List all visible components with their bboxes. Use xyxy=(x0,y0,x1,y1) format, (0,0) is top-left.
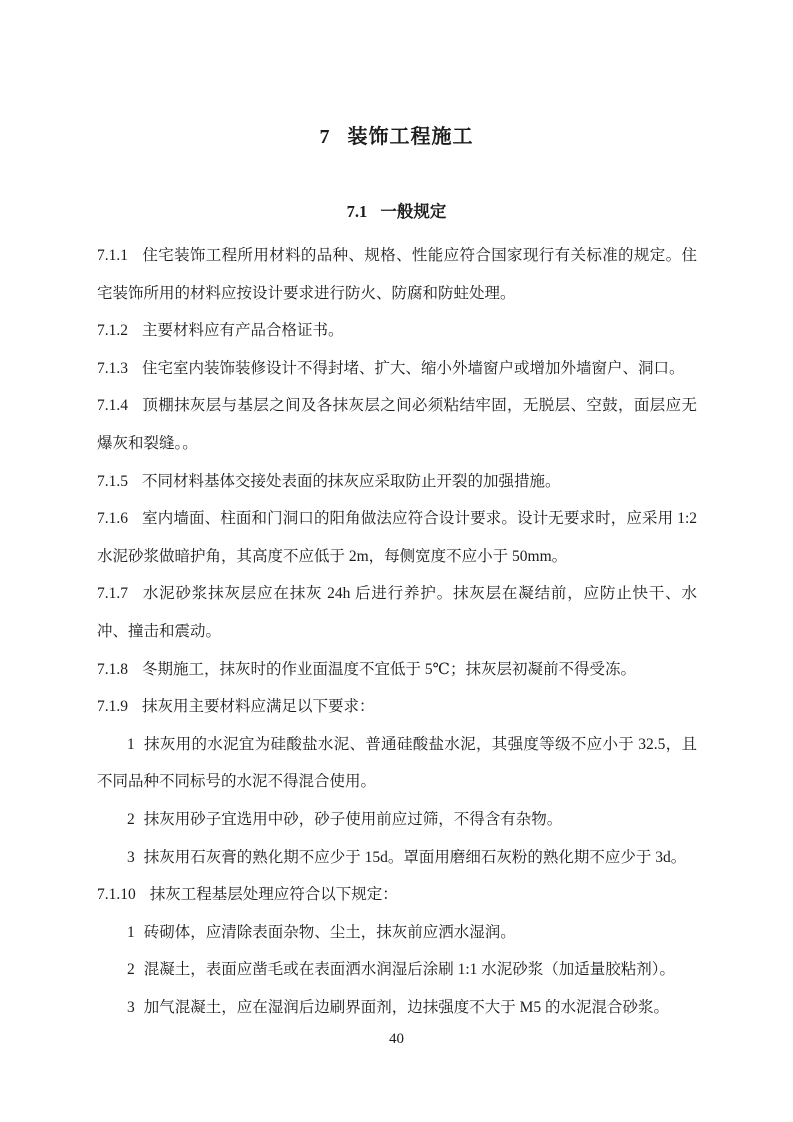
document-body: 7.1.1住宅装饰工程所用材料的品种、规格、性能应符合国家现行有关标准的规定。住… xyxy=(97,237,697,1026)
clause-text: 住宅室内装饰装修设计不得封堵、扩大、缩小外墙窗户或增加外墙窗户、洞口。 xyxy=(142,360,685,377)
item-text: 砖砌体，应清除表面杂物、尘土，抹灰前应洒水湿润。 xyxy=(144,924,516,941)
clause-paragraph-7-1-8: 7.1.8冬期施工，抹灰时的作业面温度不宜低于 5℃；抹灰层初凝前不得受冻。 xyxy=(97,651,697,689)
item-number: 3 xyxy=(127,999,135,1016)
list-item-paragraph-1: 1砖砌体，应清除表面杂物、尘土，抹灰前应洒水湿润。 xyxy=(97,914,697,952)
clause-text: 室内墙面、柱面和门洞口的阳角做法应符合设计要求。设计无要求时，应采用 1:2 水… xyxy=(97,510,697,565)
item-text: 抹灰用石灰膏的熟化期不应少于 15d。罩面用磨细石灰粉的熟化期不应少于 3d。 xyxy=(144,849,687,866)
chapter-number: 7 xyxy=(320,126,330,148)
clause-number: 7.1.7 xyxy=(97,585,128,602)
clause-paragraph-7-1-3: 7.1.3住宅室内装饰装修设计不得封堵、扩大、缩小外墙窗户或增加外墙窗户、洞口。 xyxy=(97,350,697,388)
clause-text: 主要材料应有产品合格证书。 xyxy=(142,322,344,339)
item-text: 抹灰用的水泥宜为硅酸盐水泥、普通硅酸盐水泥，其强度等级不应小于 32.5，且不同… xyxy=(97,736,697,791)
clause-number: 7.1.5 xyxy=(97,473,128,490)
list-item-paragraph-3: 3加气混凝土，应在湿润后边刷界面剂，边抹强度不大于 M5 的水泥混合砂浆。 xyxy=(97,989,697,1027)
list-item-paragraph-2: 2混凝土，表面应凿毛或在表面洒水润湿后涂刷 1:1 水泥砂浆（加适量胶粘剂）。 xyxy=(97,951,697,989)
clause-paragraph-7-1-10: 7.1.10抹灰工程基层处理应符合以下规定： xyxy=(97,876,697,914)
clause-paragraph-7-1-2: 7.1.2主要材料应有产品合格证书。 xyxy=(97,312,697,350)
clause-paragraph-7-1-6: 7.1.6室内墙面、柱面和门洞口的阳角做法应符合设计要求。设计无要求时，应采用 … xyxy=(97,500,697,575)
clause-number: 7.1.9 xyxy=(97,698,128,715)
clause-text: 抹灰用主要材料应满足以下要求： xyxy=(142,698,375,715)
item-text: 加气混凝土，应在湿润后边刷界面剂，边抹强度不大于 M5 的水泥混合砂浆。 xyxy=(144,999,669,1016)
clause-text: 不同材料基体交接处表面的抹灰应采取防止开裂的加强措施。 xyxy=(142,473,561,490)
clause-paragraph-7-1-4: 7.1.4顶棚抹灰层与基层之间及各抹灰层之间必须粘结牢固，无脱层、空鼓，面层应无… xyxy=(97,387,697,462)
section-number: 7.1 xyxy=(347,202,368,221)
clause-paragraph-7-1-7: 7.1.7水泥砂浆抹灰层应在抹灰 24h 后进行养护。抹灰层在凝结前，应防止快干… xyxy=(97,575,697,650)
clause-number: 7.1.3 xyxy=(97,360,128,377)
clause-number: 7.1.4 xyxy=(97,397,128,414)
clause-number: 7.1.2 xyxy=(97,322,128,339)
chapter-title-text: 装饰工程施工 xyxy=(348,126,474,148)
item-number: 1 xyxy=(127,924,135,941)
item-number: 3 xyxy=(127,849,135,866)
section-title-text: 一般规定 xyxy=(380,202,446,221)
clause-text: 住宅装饰工程所用材料的品种、规格、性能应符合国家现行有关标准的规定。住宅装饰所用… xyxy=(97,247,697,302)
item-text: 抹灰用砂子宜选用中砂，砂子使用前应过筛，不得含有杂物。 xyxy=(144,811,563,828)
clause-text: 水泥砂浆抹灰层应在抹灰 24h 后进行养护。抹灰层在凝结前，应防止快干、水冲、撞… xyxy=(97,585,697,640)
list-item-paragraph-1: 1抹灰用的水泥宜为硅酸盐水泥、普通硅酸盐水泥，其强度等级不应小于 32.5，且不… xyxy=(97,726,697,801)
chapter-title: 7装饰工程施工 xyxy=(0,120,793,149)
clause-text: 顶棚抹灰层与基层之间及各抹灰层之间必须粘结牢固，无脱层、空鼓，面层应无爆灰和裂缝… xyxy=(97,397,697,452)
item-number: 1 xyxy=(127,736,135,753)
list-item-paragraph-2: 2抹灰用砂子宜选用中砂，砂子使用前应过筛，不得含有杂物。 xyxy=(97,801,697,839)
document-page: 7装饰工程施工 7.1一般规定 7.1.1住宅装饰工程所用材料的品种、规格、性能… xyxy=(0,0,793,1122)
list-item-paragraph-3: 3抹灰用石灰膏的熟化期不应少于 15d。罩面用磨细石灰粉的熟化期不应少于 3d。 xyxy=(97,839,697,877)
clause-paragraph-7-1-1: 7.1.1住宅装饰工程所用材料的品种、规格、性能应符合国家现行有关标准的规定。住… xyxy=(97,237,697,312)
page-number: 40 xyxy=(0,1028,793,1050)
clause-paragraph-7-1-9: 7.1.9抹灰用主要材料应满足以下要求： xyxy=(97,688,697,726)
clause-text: 冬期施工，抹灰时的作业面温度不宜低于 5℃；抹灰层初凝前不得受冻。 xyxy=(142,661,636,678)
clause-number: 7.1.10 xyxy=(97,886,136,903)
clause-paragraph-7-1-5: 7.1.5不同材料基体交接处表面的抹灰应采取防止开裂的加强措施。 xyxy=(97,463,697,501)
clause-text: 抹灰工程基层处理应符合以下规定： xyxy=(150,886,398,903)
section-title: 7.1一般规定 xyxy=(0,198,793,222)
clause-number: 7.1.8 xyxy=(97,661,128,678)
item-number: 2 xyxy=(127,961,135,978)
clause-number: 7.1.1 xyxy=(97,247,128,264)
item-number: 2 xyxy=(127,811,135,828)
clause-number: 7.1.6 xyxy=(97,510,128,527)
item-text: 混凝土，表面应凿毛或在表面洒水润湿后涂刷 1:1 水泥砂浆（加适量胶粘剂）。 xyxy=(144,961,675,978)
